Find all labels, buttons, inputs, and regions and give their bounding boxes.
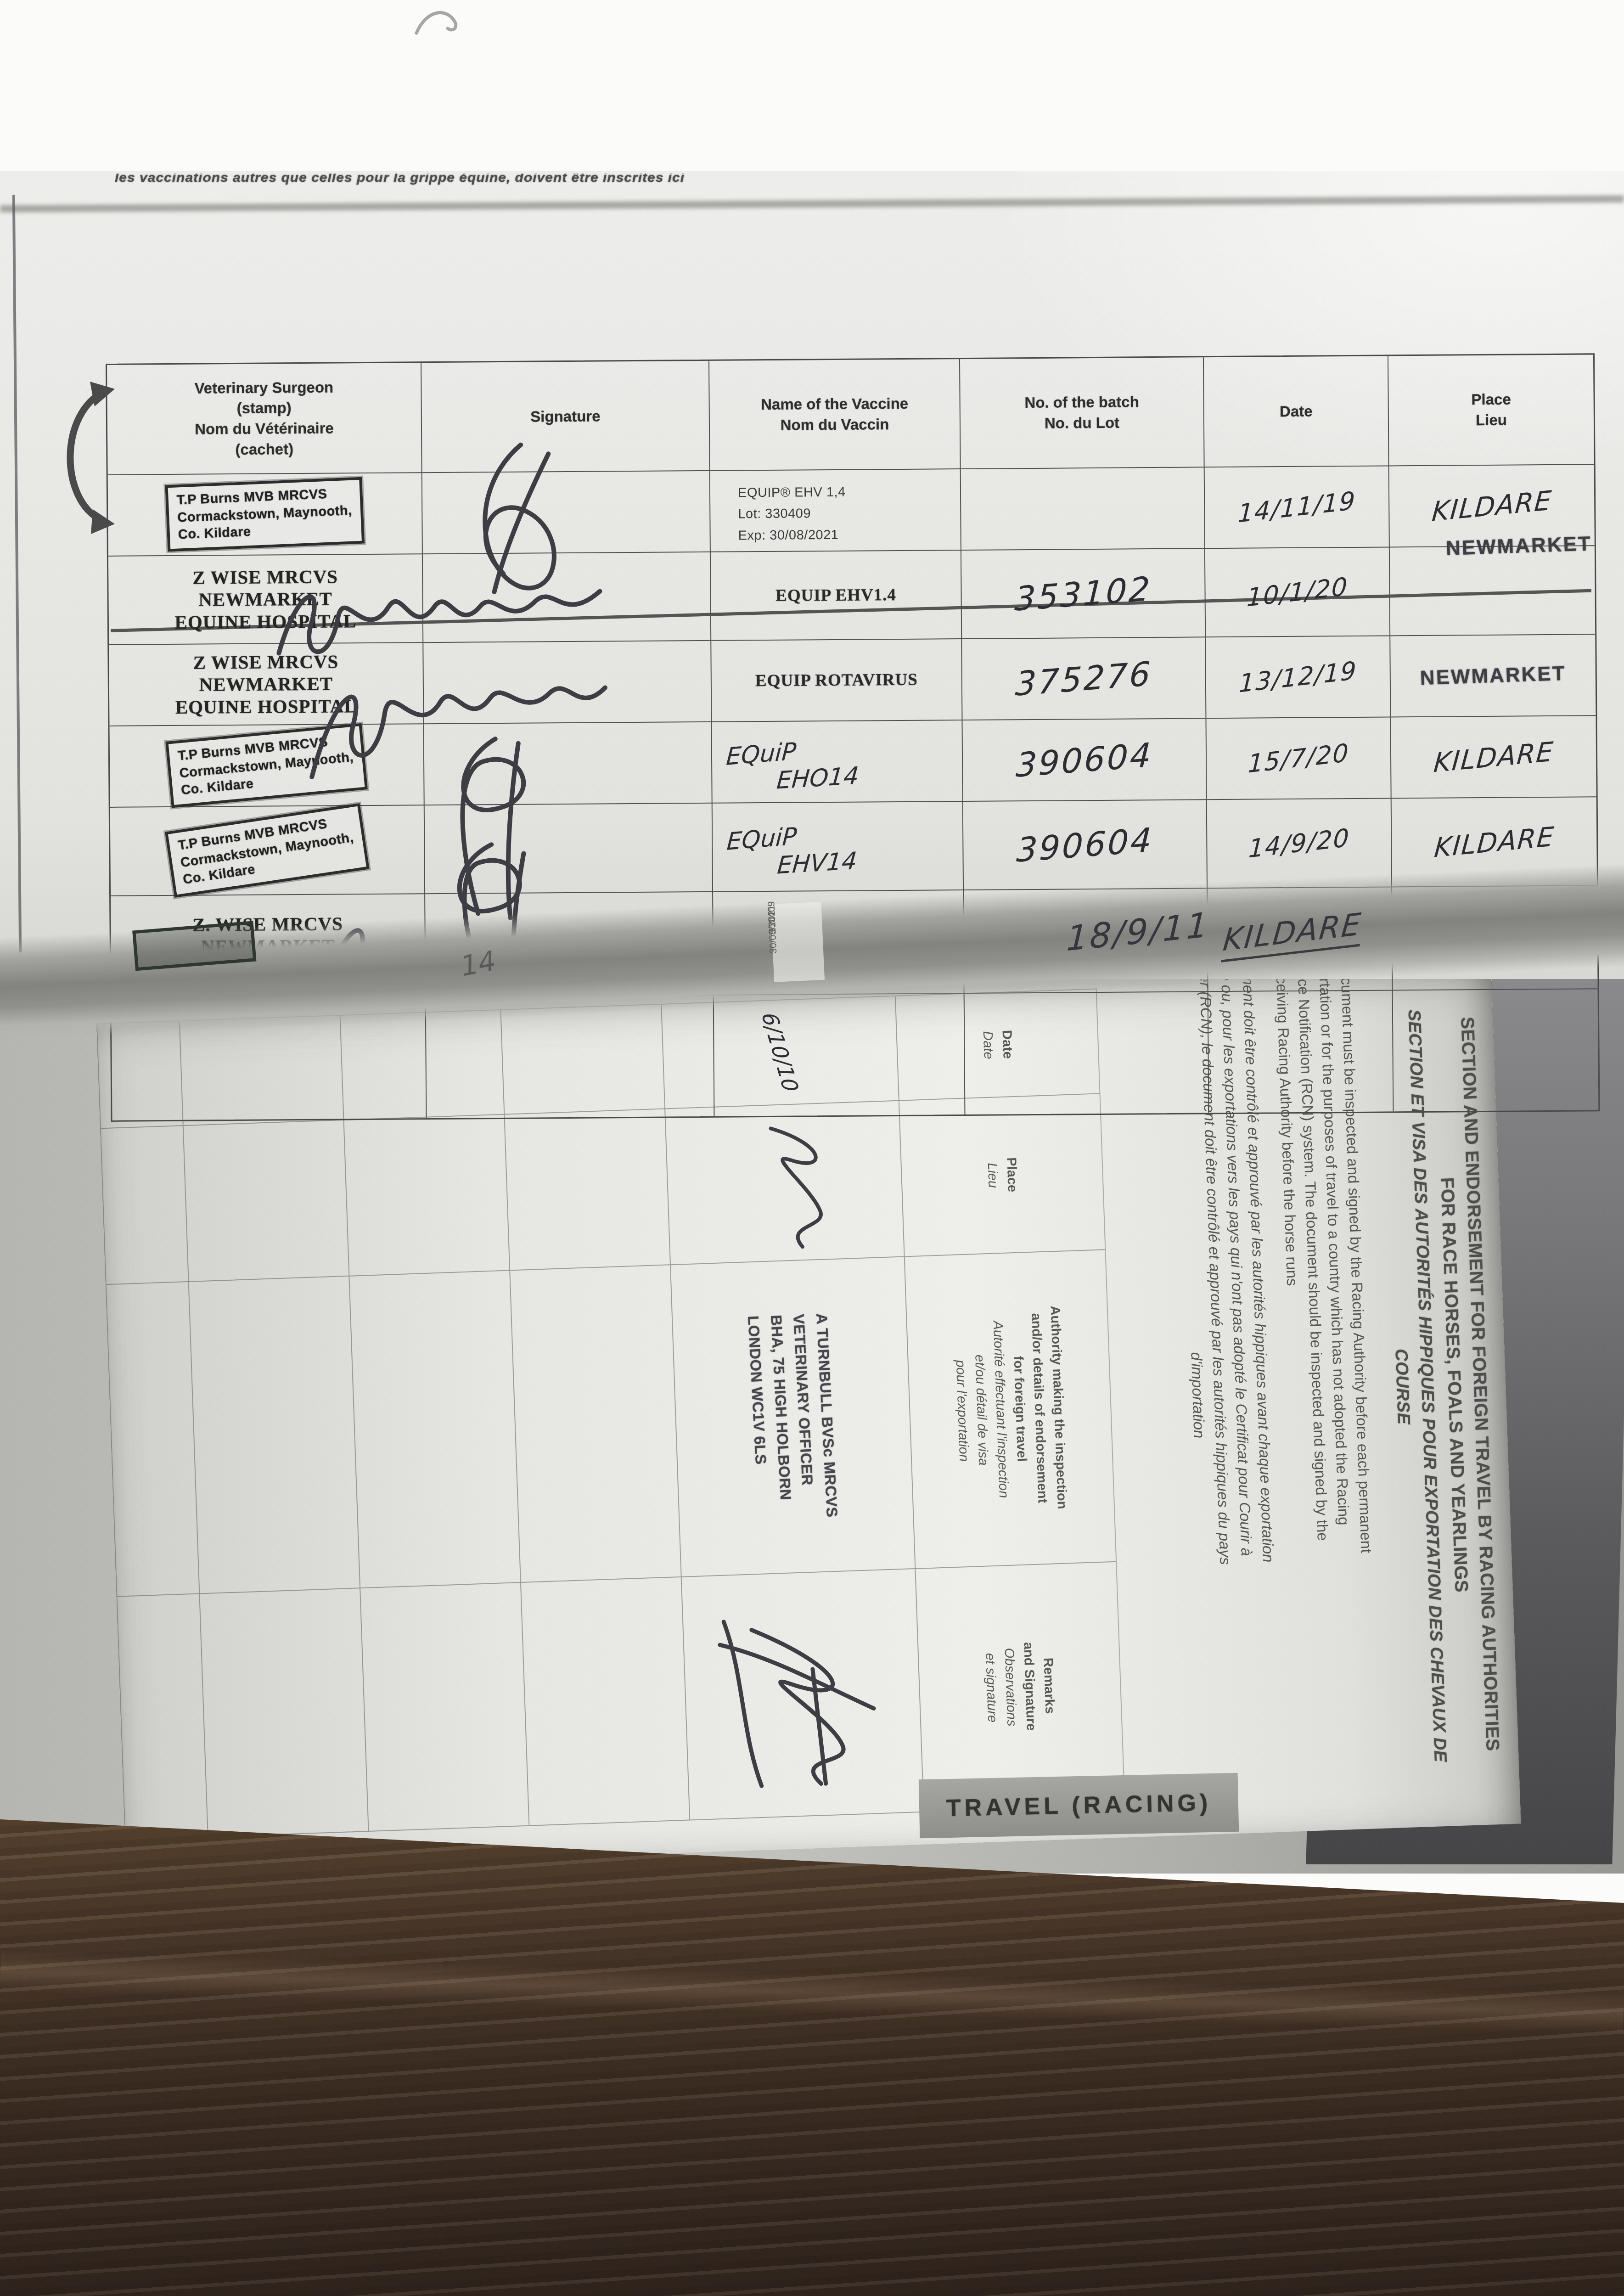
vet-typed-line: NEWMARKET [175,673,357,696]
place-handwritten: KILDARE [1431,484,1553,528]
vet-surgeon-cell: Z WISE MRCVSNEWMARKETEQUINE HOSPITAL [109,643,424,726]
place-handwritten: KILDARE [1432,736,1555,779]
travel-header-en-line: for foreign travel [1008,1356,1031,1462]
vet-typed-line: Z WISE MRCVS [175,650,357,674]
sticker-expiry: 30/08/2021 [761,903,784,954]
place-cell: NEWMARKET [1390,546,1595,636]
vet-stamp: T.P Burns MVB MRCVSCormackstown, Maynoot… [165,723,367,808]
date-cell: 10/1/20 [1205,547,1390,637]
vaccine-handwritten: EQuiPEHO14 [712,733,962,790]
header-vet-line: Veterinary Surgeon [194,377,333,399]
batch-cell: 390604 [962,719,1207,802]
place-cell: NEWMARKET [1390,635,1596,717]
authority-stamp: A TURNBULL BVSc MRCVSVETERINARY OFFICERB… [744,1313,842,1520]
vaccine-typed: EQUIP EHV1.4 [775,585,896,606]
vet-surgeon-cell: Z WISE MRCVSNEWMARKETEQUINE HOSPITAL [108,554,423,645]
batch-number-handwritten: 375276 [1014,654,1153,703]
vaccine-cell: EQuiPEHV14 [713,802,964,892]
vet-typed-line: NEWMARKET [174,588,356,611]
batch-number-handwritten: 390604 [1016,820,1154,869]
travel-entry-place-cell [664,1101,904,1266]
header-place: PlaceLieu [1388,355,1594,466]
travel-header-fr-line: et/ou détail de visa [970,1354,993,1466]
header-vaccine: Name of the VaccineNom du Vaccin [709,359,961,471]
vet-surgeon-cell: T.P Burns MVB MRCVSCormackstown, Maynoot… [110,724,425,808]
place-handwritten: KILDARE [1433,821,1556,864]
vet-typed-line: Z WISE MRCVS [174,565,356,589]
header-batch-line: No. of the batch [1024,392,1139,413]
travel-header-en-line: Place [1001,1157,1022,1193]
vaccine-typed-line: EQUIP ROTAVIRUS [755,670,918,691]
signature-scrawl [752,1112,849,1253]
travel-empty-cell [100,1126,188,1285]
travel-empty-cell [188,1277,360,1594]
swap-entries-arrow-icon [46,380,119,536]
place-cell: KILDARE [1391,716,1596,799]
vet-typed-line: EQUINE HOSPITAL [175,695,357,718]
vet-typed-name: Z WISE MRCVSNEWMARKETEQUINE HOSPITAL [175,650,357,718]
batch-cell: 375276 [962,637,1206,720]
date-handwritten: 14/9/20 [1248,823,1351,863]
vaccine-cell: EQuiPEHO14 [712,720,963,804]
vaccine-sticker-fragment: 330409 30/08/2021 [770,902,825,982]
header-vaccine-line: Nom du Vaccin [781,414,889,435]
place-stamp: NEWMARKET [1445,532,1592,560]
travel-header-remarks: Remarksand SignatureObservationset signa… [915,1562,1125,1812]
vaccine-label-line: EQUIP® EHV 1,4 [738,482,846,504]
batch-cell: 353102 [961,549,1206,639]
signature-scrawl [714,1598,895,1796]
travel-empty-cell [343,1115,510,1277]
travel-header-en-line: Remarks [1038,1657,1059,1714]
travel-header-en-line: and Signature [1018,1642,1041,1731]
vaccine-cell [714,994,966,1116]
vaccine-label-line: Lot: 330409 [738,503,846,525]
travel-empty-cell [520,1577,689,1826]
travel-tab-label: TRAVEL (RACING) [946,1789,1212,1822]
travel-header-fr-line: et signature [980,1653,1002,1723]
signature-cell [423,641,712,724]
wood-grain-streak [0,1951,1624,2035]
travel-empty-cell [504,1109,670,1271]
signature-cell [425,804,713,894]
travel-header-fr-line: pour l'exportation [950,1360,973,1462]
travel-header-fr-line: Autorité effectuant l'inspection [988,1321,1013,1498]
header-place-line: Place [1471,389,1511,410]
date-handwritten: 13/12/19 [1238,656,1358,698]
batch-number-handwritten: 390604 [1015,735,1154,784]
vaccine-cell: EQUIP® EHV 1,4Lot: 330409Exp: 30/08/2021 [710,469,961,552]
vaccine-typed: EQUIP ROTAVIRUS [755,670,918,691]
batch-cell [961,467,1205,551]
date-cell: 15/7/20 [1206,717,1391,800]
wooden-table-surface [0,1805,1624,2296]
travel-empty-cell [106,1282,199,1597]
header-vaccine-line: Name of the Vaccine [761,394,908,415]
vet-surgeon-cell: T.P Burns MVB MRCVSCormackstown, Maynoot… [108,473,423,557]
travel-entry-authority-cell: A TURNBULL BVSc MRCVSVETERINARY OFFICERB… [670,1257,915,1577]
header-vet-line: (stamp) [236,398,291,419]
place-cell [1393,989,1599,1111]
vaccine-sticker-label: EQUIP® EHV 1,4Lot: 330409Exp: 30/08/2021 [710,475,846,546]
handwritten-date: 18/9/11 [1066,905,1210,959]
header-date: Date [1204,356,1389,467]
travel-empty-cell [199,1588,368,1837]
travel-empty-cell [348,1271,520,1589]
date-handwritten: 10/1/20 [1246,572,1349,612]
travel-racing-tab: TRAVEL (RACING) [919,1773,1239,1839]
travel-empty-cell [183,1120,349,1282]
header-batch: No. of the batchNo. du Lot [960,357,1205,469]
date-handwritten: 14/11/19 [1237,486,1356,529]
vaccination-record-page: les vaccinations autres que celles pour … [0,171,1624,979]
page-caption-cropped: les vaccinations autres que celles pour … [115,174,1263,187]
caption-text: les vaccinations autres que celles pour … [115,174,1263,185]
signature-cell [423,552,711,643]
header-vet-line: Nom du Vétérinaire [195,418,334,440]
stray-pen-mark [411,5,466,41]
place-stamp: NEWMARKET [1420,662,1566,690]
vaccine-cell: EQUIP ROTAVIRUS [711,639,962,722]
travel-header-fr-line: Observations [1000,1648,1022,1727]
travel-header-place: PlaceLieu [899,1094,1106,1257]
travel-entry-remarks-cell [681,1569,923,1820]
header-batch-line: No. du Lot [1045,413,1119,434]
travel-header-fr-line: Lieu [983,1163,1003,1188]
header-place-line: Lieu [1476,410,1507,431]
travel-empty-cell [116,1594,207,1840]
batch-cell: 390604 [963,800,1208,890]
travel-empty-cell [360,1583,528,1832]
vet-typed-line: EQUINE HOSPITAL [174,610,356,633]
header-date-line: Date [1280,401,1313,422]
vaccine-label-line: Exp: 30/08/2021 [738,524,846,546]
vet-stamp: T.P Burns MVB MRCVSCormackstown, Maynoot… [165,803,369,898]
signature-cell [422,471,711,554]
vet-stamp: T.P Burns MVB MRCVSCormackstown, Maynoot… [165,477,365,552]
header-vet: Veterinary Surgeon(stamp)Nom du Vétérina… [107,363,422,475]
vaccine-handwritten: EQuiPEHV14 [713,818,963,875]
handwritten-place: KILDARE [1221,906,1363,962]
signature-cell [424,722,712,805]
date-handwritten: 15/7/20 [1247,738,1350,778]
batch-cell [965,992,1209,1114]
date-cell: 13/12/19 [1206,636,1391,719]
batch-number-handwritten: 353102 [1014,569,1152,618]
date-cell: 14/11/19 [1205,466,1390,549]
page-spine-edge [12,195,22,952]
header-signature: Signature [421,361,710,473]
scanned-document-photo: { "colors": { "ink": "#2c2c33", "print_g… [0,0,1624,2296]
vet-surgeon-cell: T.P Burns MVB MRCVSCormackstown, Maynoot… [110,805,425,896]
header-vet-line: (cachet) [235,439,293,460]
vet-typed-name: Z WISE MRCVSNEWMARKETEQUINE HOSPITAL [174,565,357,633]
vaccine-typed-line: EQUIP EHV1.4 [775,585,896,606]
date-cell [1208,990,1394,1113]
header-signature-line: Signature [530,406,601,427]
vaccine-cell: EQUIP EHV1.4 [711,551,962,641]
travel-header-authority: Authority making the inspectionand/or de… [904,1250,1117,1569]
travel-empty-cell [509,1265,681,1583]
stray-handwriting: 14 [458,945,499,983]
